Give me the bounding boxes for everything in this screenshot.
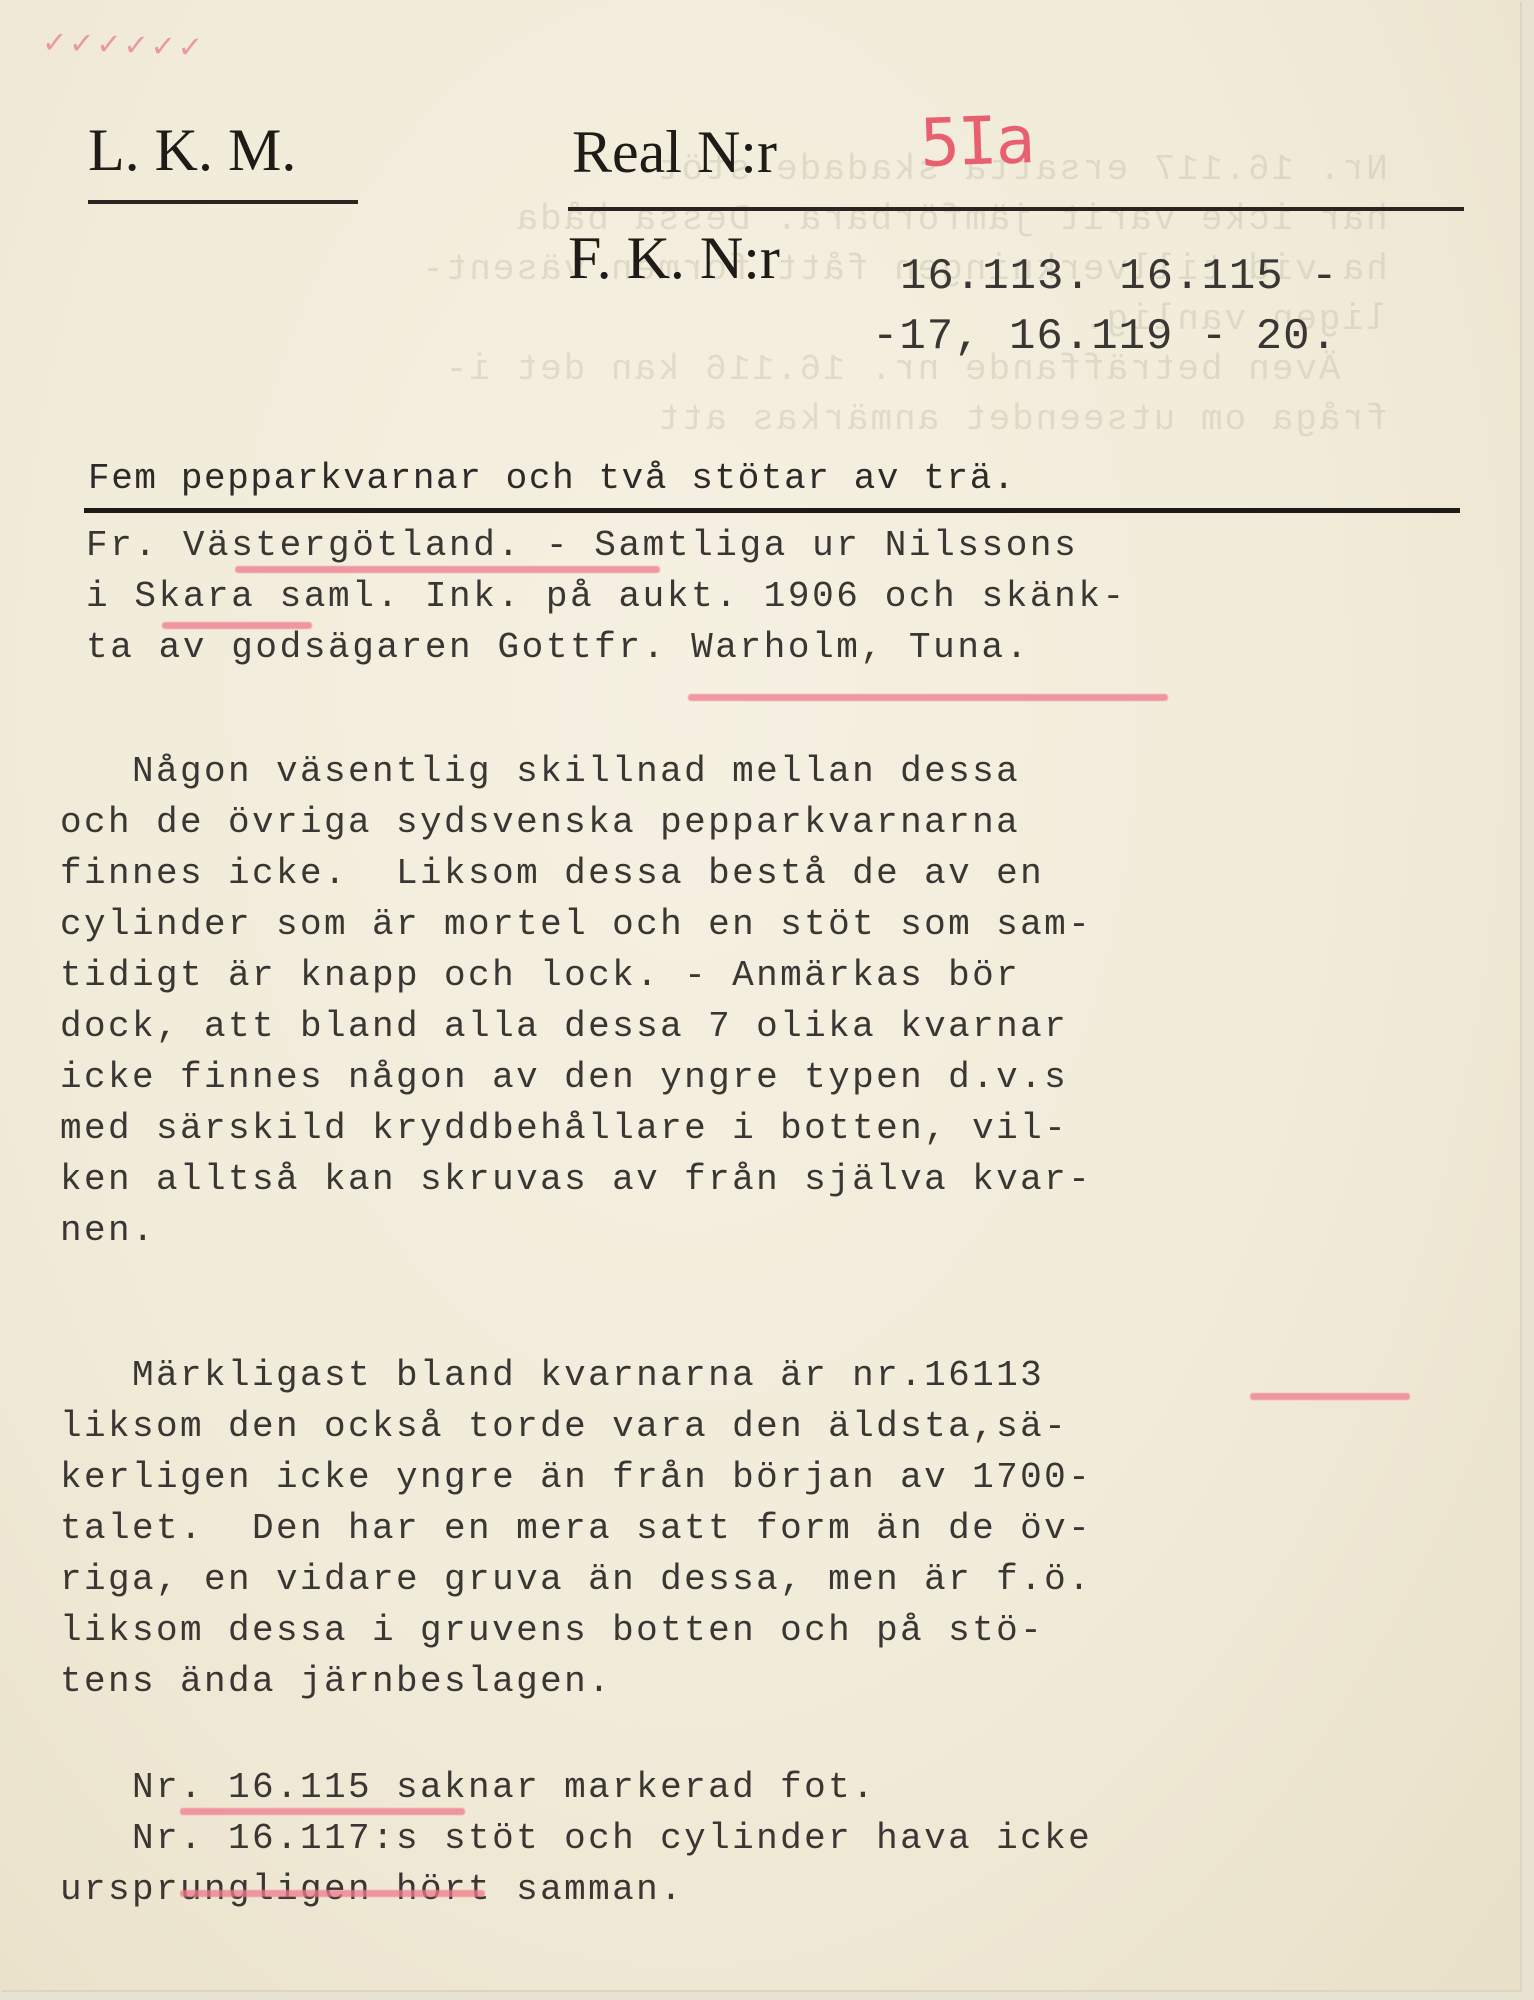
underline-16115 [180, 1808, 465, 1815]
fk-nr-label: F. K. N:r [568, 228, 780, 288]
real-nr-handwritten-value: 5Ia [919, 101, 1035, 182]
fk-nr-value-line-1: 16.113. 16.115 - [900, 252, 1338, 302]
text-line: Märkligast bland kvarnarna är nr.16113 [60, 1350, 1092, 1401]
institution-label: L. K. M. [88, 120, 296, 180]
underline-warholm [688, 694, 1168, 701]
document-title: Fem pepparkvarnar och två stötar av trä. [88, 458, 1016, 499]
text-line: finnes icke. Liksom dessa bestå de av en [60, 848, 1092, 899]
document-page: Nr. 16.117 ersatta skadade stöt har icke… [0, 0, 1520, 1990]
underline-skara [162, 622, 312, 629]
text-line: liksom dessa i gruvens botten och på stö… [60, 1605, 1092, 1656]
text-line: kerligen icke yngre än från början av 17… [60, 1452, 1092, 1503]
text-line: riga, en vidare gruva än dessa, men är f… [60, 1554, 1092, 1605]
text-line: cylinder som är mortel och en stöt som s… [60, 899, 1092, 950]
text-line: Nr. 16.115 saknar markerad fot. [60, 1762, 1092, 1813]
paragraph-comparison: Någon väsentlig skillnad mellan dessaoch… [60, 746, 1092, 1256]
text-line: tens ända järnbeslagen. [60, 1656, 1092, 1707]
real-nr-rule [568, 207, 1464, 211]
text-line: talet. Den har en mera satt form än de ö… [60, 1503, 1092, 1554]
provenance-line: ta av godsägaren Gottfr. Warholm, Tuna. [86, 622, 1127, 673]
fk-nr-value-line-2: -17, 16.119 - 20. [872, 312, 1338, 362]
text-line: Någon väsentlig skillnad mellan dessa [60, 746, 1092, 797]
text-line: icke finnes någon av den yngre typen d.v… [60, 1052, 1092, 1103]
institution-underline [88, 200, 358, 204]
text-line: liksom den också torde vara den äldsta,s… [60, 1401, 1092, 1452]
check-marks-annotation: ✓✓✓✓✓✓ [41, 25, 205, 66]
title-rule [84, 508, 1460, 513]
text-line: tidigt är knapp och lock. - Anmärkas bör [60, 950, 1092, 1001]
real-nr-label: Real N:r [572, 122, 777, 182]
paragraph-oldest-mill: Märkligast bland kvarnarna är nr.16113li… [60, 1350, 1092, 1707]
underline-vastergotland [235, 566, 660, 573]
provenance-line: i Skara saml. Ink. på aukt. 1906 och skä… [86, 571, 1127, 622]
text-line: dock, att bland alla dessa 7 olika kvarn… [60, 1001, 1092, 1052]
text-line: och de övriga sydsvenska pepparkvarnarna [60, 797, 1092, 848]
text-line: Nr. 16.117:s stöt och cylinder hava icke [60, 1813, 1092, 1864]
underline-16117 [180, 1890, 485, 1897]
text-line: nen. [60, 1205, 1092, 1256]
provenance-line: Fr. Västergötland. - Samtliga ur Nilsson… [86, 520, 1127, 571]
text-line: ken alltså kan skruvas av från själva kv… [60, 1154, 1092, 1205]
provenance-block: Fr. Västergötland. - Samtliga ur Nilsson… [86, 520, 1127, 673]
underline-16113 [1250, 1393, 1410, 1400]
text-line: med särskild kryddbehållare i botten, vi… [60, 1103, 1092, 1154]
